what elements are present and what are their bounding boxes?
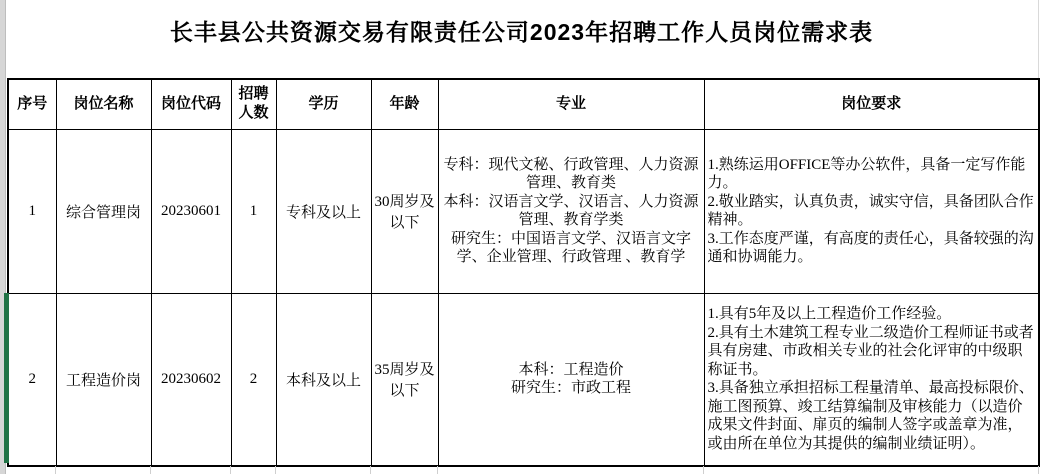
header-cell-job-name: 岗位名称: [56, 79, 151, 129]
cell-r2-job-name: 工程造价岗: [56, 293, 151, 466]
sheet-gridline: [1038, 466, 1039, 474]
sheet-gridline: [230, 466, 231, 474]
table-row-1: 1 综合管理岗 20230601 1 专科及以上 30周岁及以下 专科：现代文秘…: [8, 129, 1039, 293]
cell-r1-headcount: 1: [231, 129, 276, 293]
header-cell-major: 专业: [438, 79, 704, 129]
cell-r1-job-code: 20230601: [151, 129, 231, 293]
sheet-gridline: [275, 466, 276, 474]
cell-r1-age: 30周岁及以下: [371, 129, 438, 293]
cell-r2-headcount: 2: [231, 293, 276, 466]
header-cell-education: 学历: [276, 79, 371, 129]
job-requirements-table: 序号 岗位名称 岗位代码 招聘人数 学历 年龄 专业 岗位要求 1 综合管理岗 …: [7, 78, 1040, 467]
cell-r1-index: 1: [8, 129, 56, 293]
sheet-gridline: [437, 466, 438, 474]
header-cell-job-code: 岗位代码: [151, 79, 231, 129]
cell-r1-major: 专科：现代文秘、行政管理、人力资源管理、教育类 本科：汉语言文学、汉语言、人力资…: [438, 129, 704, 293]
cell-r2-job-code: 20230602: [151, 293, 231, 466]
page-title: 长丰县公共资源交易有限责任公司2023年招聘工作人员岗位需求表: [0, 14, 1043, 47]
header-cell-index: 序号: [8, 79, 56, 129]
sheet-gridline: [703, 466, 704, 474]
cell-r2-index: 2: [8, 293, 56, 466]
cell-r2-age: 35周岁及以下: [371, 293, 438, 466]
cell-r1-job-name: 综合管理岗: [56, 129, 151, 293]
header-cell-headcount: 招聘人数: [231, 79, 276, 129]
sheet-gridline: [55, 466, 56, 474]
cell-r1-requirements: 1.熟练运用OFFICE等办公软件，具备一定写作能力。 2.敬业踏实，认真负责，…: [704, 129, 1039, 293]
sheet-gridline: [370, 466, 371, 474]
sheet-gridline: [150, 466, 151, 474]
cell-r2-major: 本科：工程造价 研究生：市政工程: [438, 293, 704, 466]
table-row-2: 2 工程造价岗 20230602 2 本科及以上 35周岁及以下 本科：工程造价…: [8, 293, 1039, 466]
header-cell-requirements: 岗位要求: [704, 79, 1039, 129]
row2-selection-edge: [4, 293, 9, 463]
cell-r2-requirements: 1.具有5年及以上工程造价工作经验。 2.具有土木建筑工程专业二级造价工程师证书…: [704, 293, 1039, 466]
table-header-row: 序号 岗位名称 岗位代码 招聘人数 学历 年龄 专业 岗位要求: [8, 79, 1039, 129]
cell-r2-education: 本科及以上: [276, 293, 371, 466]
header-cell-age: 年龄: [371, 79, 438, 129]
cell-r1-education: 专科及以上: [276, 129, 371, 293]
